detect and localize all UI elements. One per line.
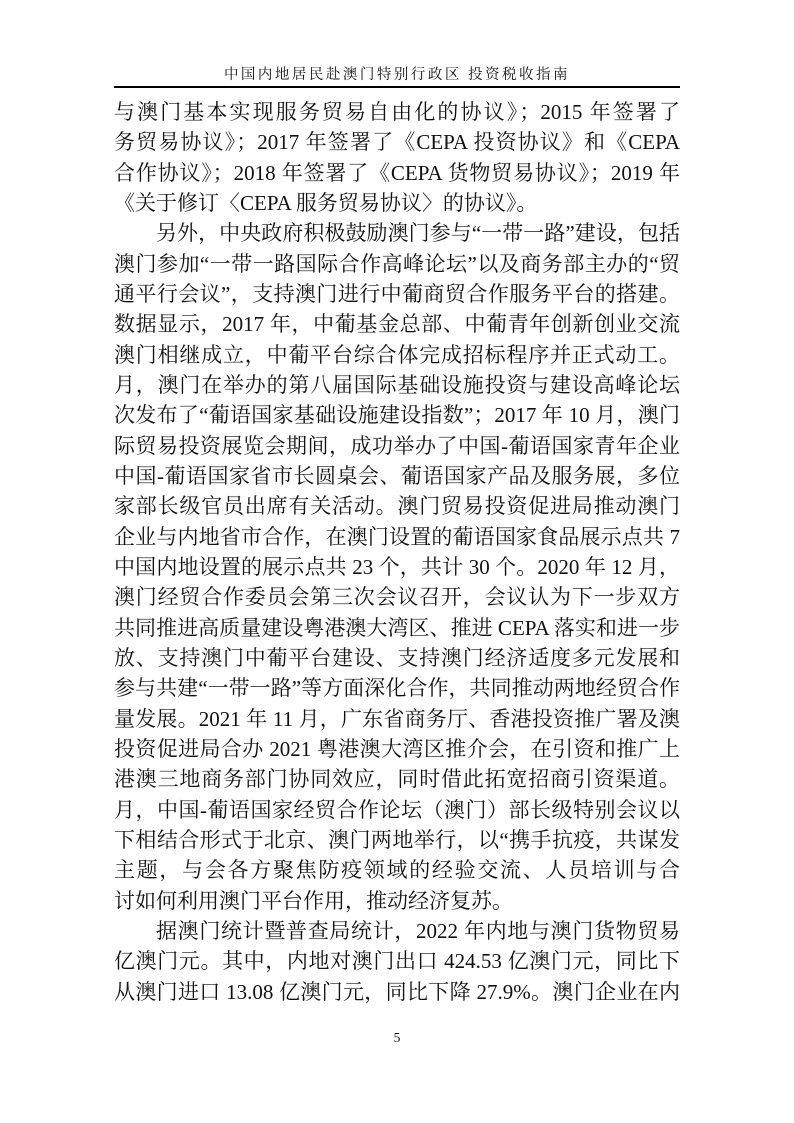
text-line: 讨如何利用澳门平台作用，推动经济复苏。 [114, 886, 680, 916]
text-line: 月，中国-葡语国家经贸合作论坛（澳门）部长级特别会议以线上线 [114, 795, 680, 825]
paragraph-cepa-agreements: 与澳门基本实现服务贸易自由化的协议》；2015 年签署了《CEPA 服 务贸易协… [114, 97, 680, 218]
text-line: 共同推进高质量建设粤港澳大湾区、推进 CEPA 落实和进一步扩大开 [114, 613, 680, 643]
text-line: 际贸易投资展览会期间，成功举办了中国-葡语国家青年企业家论坛、 [114, 431, 680, 461]
text-line: 亿澳门元。其中，内地对澳门出口 424.53 亿澳门元，同比下降 12.5%; [114, 946, 680, 976]
text-line: 次发布了“葡语国家基础设施建设指数”；2017 年 10 月，澳门在国 [114, 400, 680, 430]
body-text: 与澳门基本实现服务贸易自由化的协议》；2015 年签署了《CEPA 服 务贸易协… [114, 97, 680, 1007]
text-line: 澳门参加“一带一路国际合作高峰论坛”以及商务部主办的“贸易畅 [114, 249, 680, 279]
text-line: 《关于修订〈CEPA 服务贸易协议〉的协议》。 [114, 188, 680, 218]
text-line: 务贸易协议》；2017 年签署了《CEPA 投资协议》和《CEPA 经济技术 [114, 127, 680, 157]
text-line: 参与共建“一带一路”等方面深化合作，共同推动两地经贸合作高质 [114, 673, 680, 703]
text-line: 通平行会议”，支持澳门进行中葡商贸合作服务平台的搭建。商务部 [114, 279, 680, 309]
text-line: 从澳门进口 13.08 亿澳门元，同比下降 27.9%。澳门企业在内地投资 [114, 977, 680, 1007]
text-line: 澳门相继成立，中葡平台综合体完成招标程序并正式动工。2017 年 6 [114, 340, 680, 370]
text-line: 量发展。2021 年 11 月，广东省商务厅、香港投资推广署及澳门贸易 [114, 704, 680, 734]
text-line: 中国内地设置的展示点共 23 个，共计 30 个。2020 年 12 月，内地与 [114, 552, 680, 582]
page-number: 5 [0, 1030, 794, 1046]
text-line: 家部长级官员出席有关活动。澳门贸易投资促进局推动澳门商协会和 [114, 491, 680, 521]
text-line: 澳门经贸合作委员会第三次会议召开，会议认为下一步双方将重点在 [114, 582, 680, 612]
header-rule-divider [114, 86, 680, 88]
text-line: 中国-葡语国家省市长圆桌会、葡语国家产品及服务展，多位葡语国 [114, 461, 680, 491]
text-line: 与澳门基本实现服务贸易自由化的协议》；2015 年签署了《CEPA 服 [114, 97, 680, 127]
text-line: 投资促进局合办 2021 粤港澳大湾区推介会，在引资和推广上发挥粤 [114, 734, 680, 764]
text-line: 港澳三地商务部门协同效应，同时借此拓宽招商引资渠道。2022 年 4 [114, 764, 680, 794]
text-line: 企业与内地省市合作，在澳门设置的葡语国家食品展示点共 7 个，在 [114, 522, 680, 552]
paragraph-trade-statistics: 据澳门统计暨普查局统计，2022 年内地与澳门货物贸易额 437.6 亿澳门元。… [114, 916, 680, 1007]
text-line: 另外，中央政府积极鼓励澳门参与“一带一路”建设，包括邀请 [114, 218, 680, 248]
text-line: 放、支持澳门中葡平台建设、支持澳门经济适度多元发展和支持澳门 [114, 643, 680, 673]
text-line: 月，澳门在举办的第八届国际基础设施投资与建设高峰论坛期间，首 [114, 370, 680, 400]
page-header-title: 中国内地居民赴澳门特别行政区 投资税收指南 [0, 63, 794, 84]
text-line: 数据显示，2017 年，中葡基金总部、中葡青年创新创业交流中心在 [114, 309, 680, 339]
text-line: 据澳门统计暨普查局统计，2022 年内地与澳门货物贸易额 437.6 [114, 916, 680, 946]
paragraph-belt-and-road: 另外，中央政府积极鼓励澳门参与“一带一路”建设，包括邀请 澳门参加“一带一路国际… [114, 218, 680, 916]
text-line: 主题，与会各方聚焦防疫领域的经验交流、人员培训与合作，共同探 [114, 855, 680, 885]
document-page: 中国内地居民赴澳门特别行政区 投资税收指南 与澳门基本实现服务贸易自由化的协议》… [0, 0, 794, 1123]
text-line: 合作协议》；2018 年签署了《CEPA 货物贸易协议》；2019 年签署了 [114, 158, 680, 188]
text-line: 下相结合形式于北京、澳门两地举行，以“携手抗疫，共谋发展”为 [114, 825, 680, 855]
